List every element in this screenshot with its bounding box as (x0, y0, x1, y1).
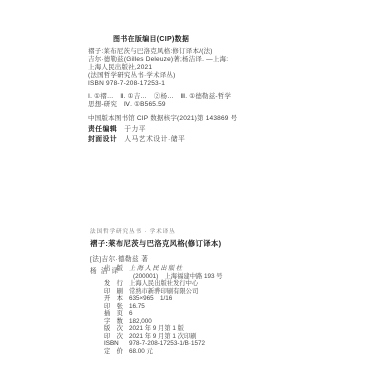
cip-line: 吉尔·德勒兹(Gilles Deleuze)著;杨洁译. —上海: (88, 56, 298, 64)
publication-row-publisher: 出 版上海人民出版社 (104, 265, 324, 273)
cip-line: (法国哲学研究丛书·学术译丛) (88, 72, 298, 80)
publication-row-inserts: 插 页6 (104, 310, 324, 318)
publication-value: 635×965 1/16 (129, 295, 172, 303)
credit-label: 责任编辑 (88, 126, 117, 133)
cip-classification-line: 思想-研究 Ⅳ. ①B565.59 (88, 101, 298, 109)
credits-block: 责任编辑于力平 封面设计人马艺术设计·储平 (88, 125, 185, 145)
publication-label: 发 行 (104, 280, 129, 288)
publication-row-isbn: ISBN978-7-208-17253-1/B·1572 (104, 340, 324, 348)
publication-label: 印 次 (104, 333, 129, 341)
credit-row: 封面设计人马艺术设计·储平 (88, 135, 185, 145)
publication-value: 2021 年 9 月第 1 次印刷 (129, 333, 197, 341)
publication-block: 出 版上海人民出版社 (200001) 上海福建中路 193 号 发 行上海人民… (104, 265, 324, 356)
publication-row-printer: 印 刷常熟市新骅印刷有限公司 (104, 288, 324, 296)
publication-row-distribution: 发 行上海人民出版社发行中心 (104, 280, 324, 288)
publication-value: 16.75 (129, 303, 145, 311)
cip-classification-line: Ⅰ. ①褶… Ⅱ. ①吉… ②杨… Ⅲ. ①德勒兹-哲学 (88, 93, 298, 101)
cip-record-number: 中国版本图书馆 CIP 数据核字(2021)第 143869 号 (88, 115, 298, 123)
credit-row: 责任编辑于力平 (88, 125, 185, 135)
cip-heading: 图书在版编目(CIP)数据 (113, 36, 298, 44)
publication-value: 978-7-208-17253-1/B·1572 (129, 340, 205, 348)
publication-label: 插 页 (104, 310, 129, 318)
series-name: 法国哲学研究丛书 · 学术译丛 (90, 227, 221, 235)
publication-row-price: 定 价68.00 元 (104, 348, 324, 356)
publication-label: 出 版 (104, 265, 129, 273)
cip-block: 图书在版编目(CIP)数据 褶子:莱布尼茨与巴洛克风格:修订译本/(法) 吉尔·… (88, 36, 298, 123)
publisher-logotype: 上海人民出版社 (129, 265, 184, 273)
publication-row-format: 开 本635×965 1/16 (104, 295, 324, 303)
publication-value: 上海人民出版社发行中心 (129, 280, 198, 288)
publication-row-sheets: 印 张16.75 (104, 303, 324, 311)
publication-label: 定 价 (104, 348, 129, 356)
credit-value: 于力平 (124, 126, 146, 133)
publisher-address: (200001) 上海福建中路 193 号 (104, 273, 324, 281)
copyright-page: 图书在版编目(CIP)数据 褶子:莱布尼茨与巴洛克风格:修订译本/(法) 吉尔·… (0, 0, 375, 375)
publication-label: 开 本 (104, 295, 129, 303)
publication-row-printing: 印 次2021 年 9 月第 1 次印刷 (104, 333, 324, 341)
cip-isbn-line: ISBN 978-7-208-17253-1 (88, 80, 298, 88)
book-title: 褶子:莱布尼茨与巴洛克风格(修订译本) (90, 238, 221, 249)
publication-value: 6 (129, 310, 133, 318)
credit-value: 人马艺术设计·储平 (124, 136, 185, 143)
author-line: [法]吉尔·德勒兹 著 (90, 253, 221, 263)
cip-line: 褶子:莱布尼茨与巴洛克风格:修订译本/(法) (88, 48, 298, 56)
publication-label: ISBN (104, 340, 129, 348)
publication-value: 2021 年 9 月第 1 版 (129, 325, 184, 333)
publication-row-edition: 版 次2021 年 9 月第 1 版 (104, 325, 324, 333)
publication-value: 常熟市新骅印刷有限公司 (129, 288, 198, 296)
cip-line: 上海人民出版社,2021 (88, 64, 298, 72)
credit-label: 封面设计 (88, 136, 117, 143)
publication-label: 版 次 (104, 325, 129, 333)
publication-value: 68.00 元 (129, 348, 153, 356)
